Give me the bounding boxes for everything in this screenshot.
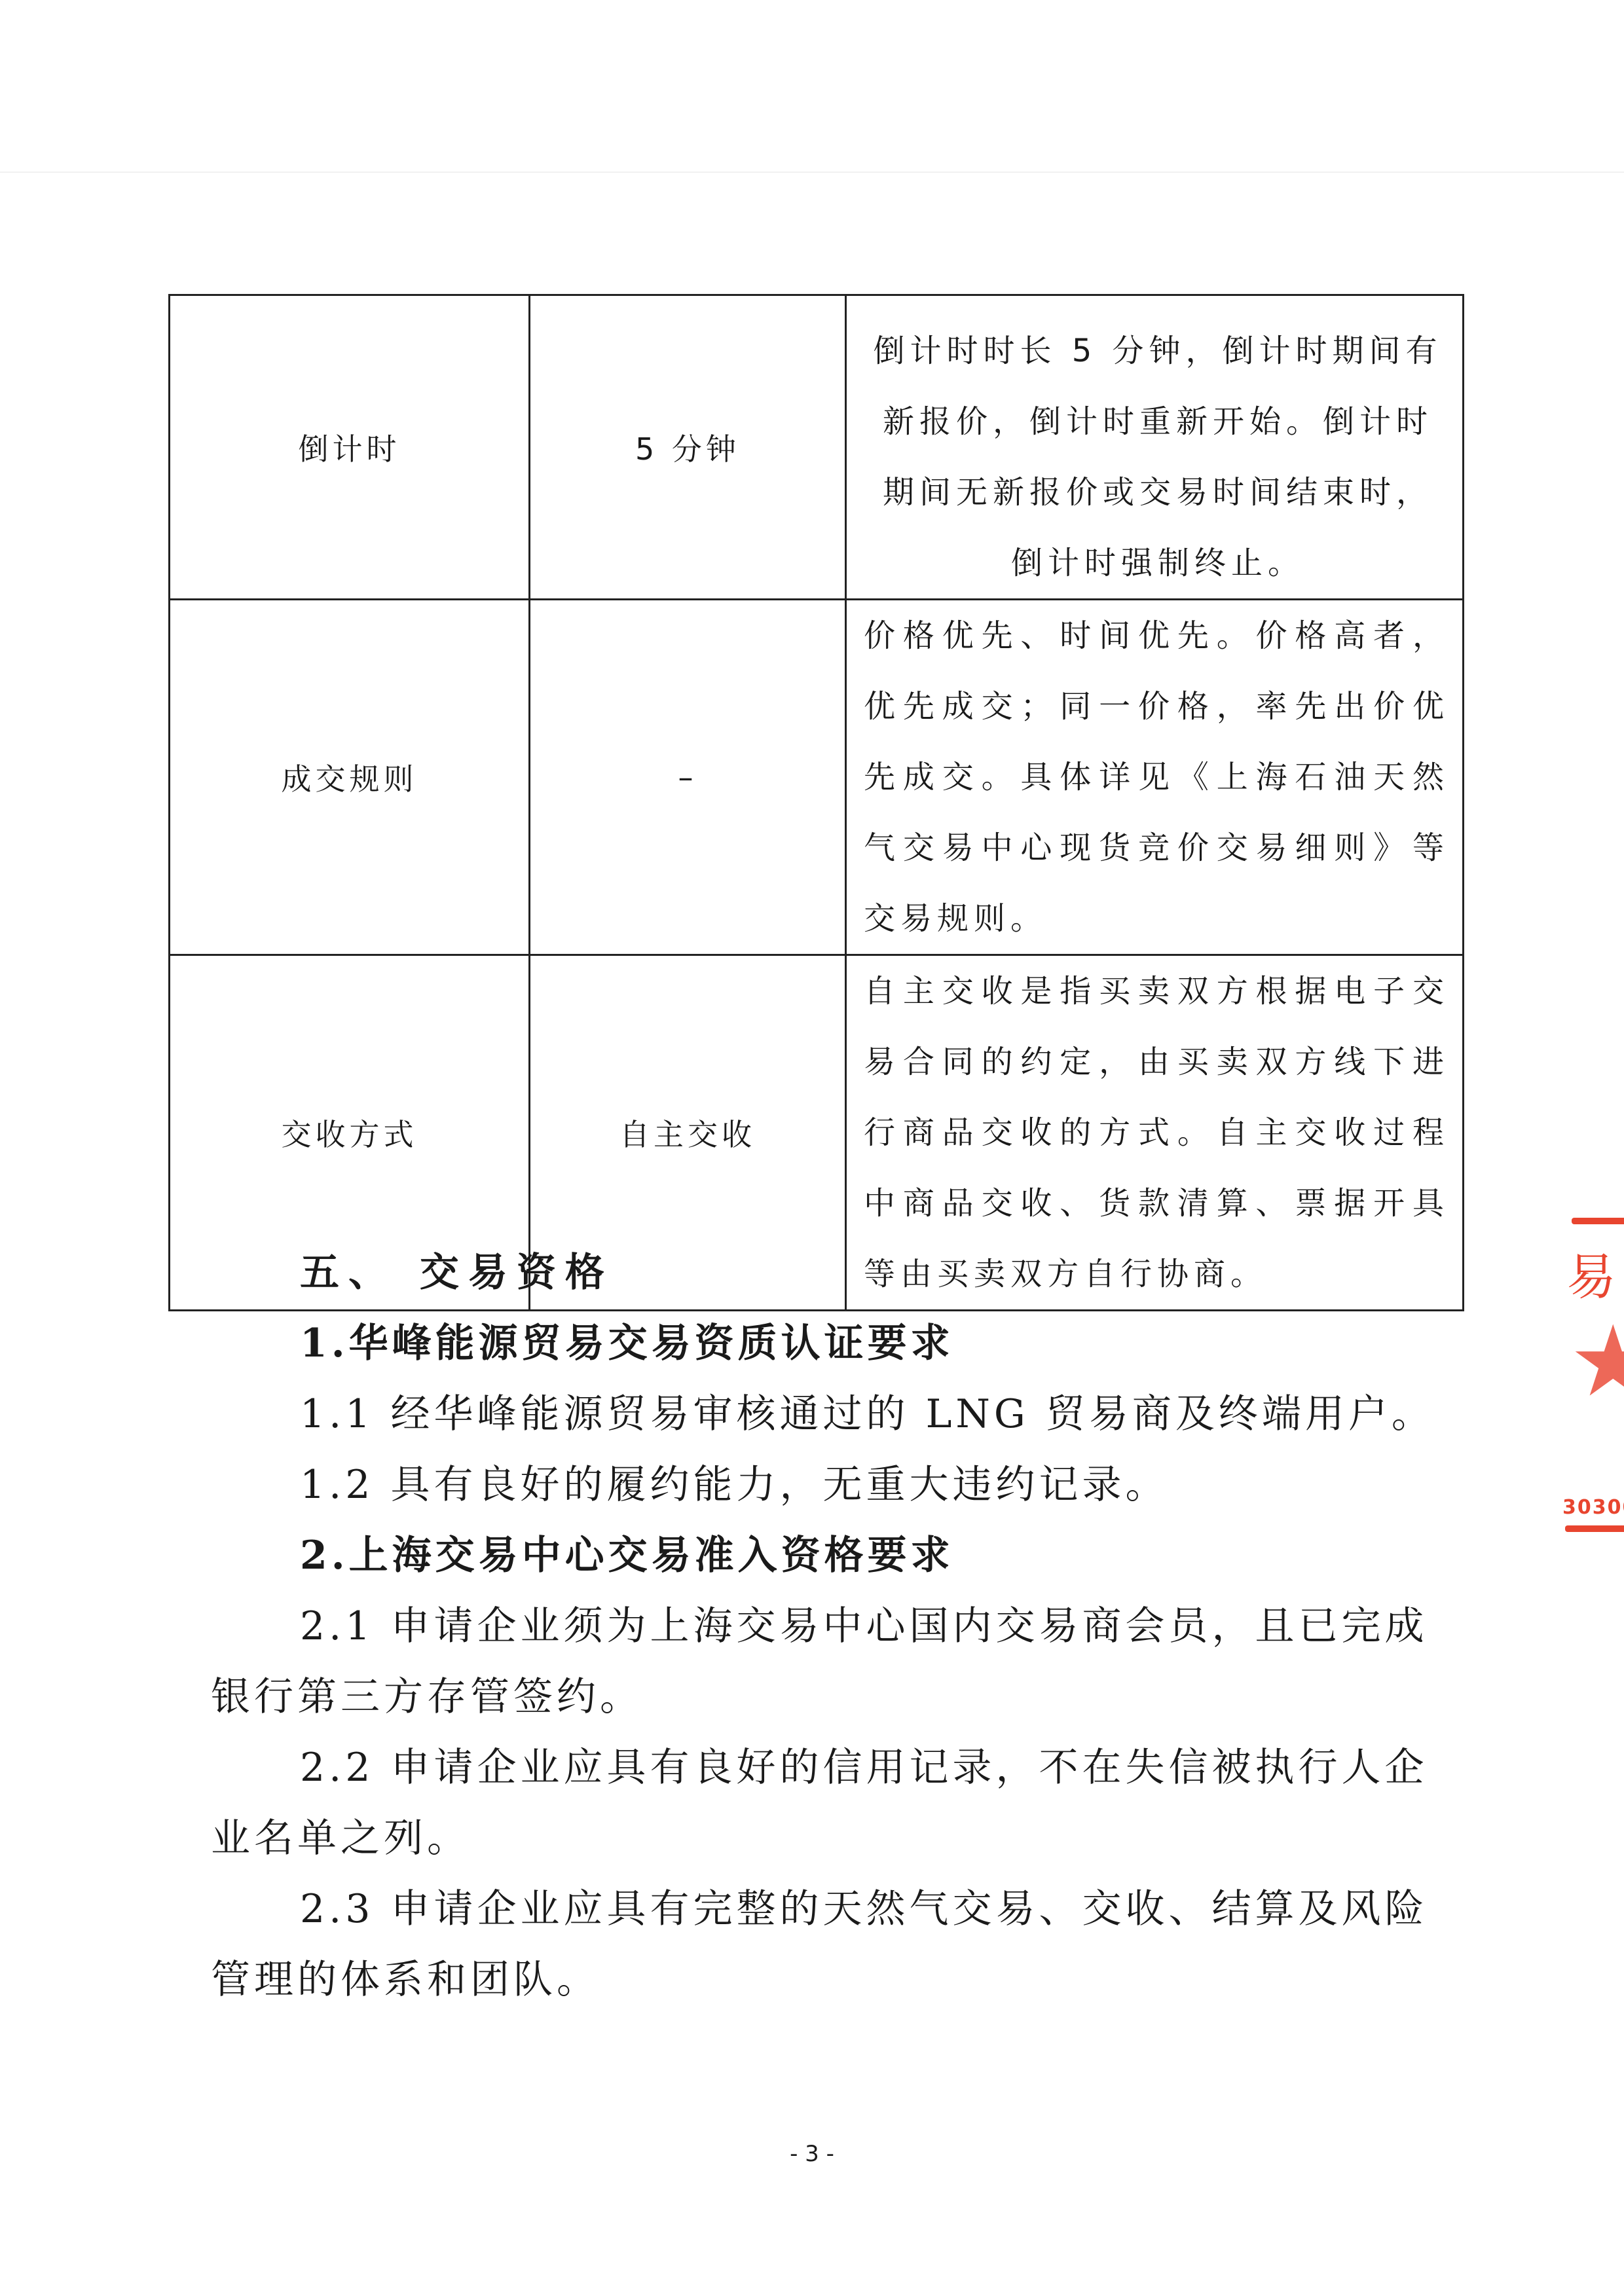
page-number: - 3 - bbox=[0, 2141, 1624, 2167]
seal-ring-top bbox=[1572, 1218, 1624, 1224]
section-trading-qualification: 五、 交易资格 1.华峰能源贸易交易资质认证要求 1.1 经华峰能源贸易审核通过… bbox=[211, 1237, 1449, 2015]
table-row: 成交规则 – 价格优先、时间优先。价格高者，优先成交；同一价格，率先出价优先成交… bbox=[170, 600, 1464, 955]
table-cell-description: 倒计时时长 5 分钟，倒计时期间有新报价，倒计时重新开始。倒计时期间无新报价或交… bbox=[846, 295, 1464, 600]
seal-ring-bottom bbox=[1565, 1525, 1624, 1532]
table-cell-item: 倒计时 bbox=[170, 295, 530, 600]
list-item: 1.2 具有良好的履约能力，无重大违约记录。 bbox=[211, 1449, 1449, 1520]
subsection-heading-2: 2.上海交易中心交易准入资格要求 bbox=[211, 1520, 1449, 1591]
list-item: 1.1 经华峰能源贸易审核通过的 LNG 贸易商及终端用户。 bbox=[211, 1379, 1449, 1449]
table-cell-value: – bbox=[530, 600, 846, 955]
trading-rules-table: 倒计时 5 分钟 倒计时时长 5 分钟，倒计时期间有新报价，倒计时重新开始。倒计… bbox=[168, 294, 1464, 1311]
seal-character: 易 bbox=[1566, 1237, 1616, 1309]
table-cell-description: 价格优先、时间优先。价格高者，优先成交；同一价格，率先出价优先成交。具体详见《上… bbox=[846, 600, 1464, 955]
section-heading: 五、 交易资格 bbox=[211, 1237, 1449, 1308]
subsection-heading-1: 1.华峰能源贸易交易资质认证要求 bbox=[211, 1308, 1449, 1379]
table-cell-value: 5 分钟 bbox=[530, 295, 846, 600]
seal-code: 30300 bbox=[1562, 1496, 1624, 1519]
list-item: 2.2 申请企业应具有良好的信用记录，不在失信被执行人企业名单之列。 bbox=[211, 1732, 1449, 1874]
seal-star-icon: ★ bbox=[1569, 1309, 1624, 1414]
list-item: 2.3 申请企业应具有完整的天然气交易、交收、结算及风险管理的体系和团队。 bbox=[211, 1874, 1449, 2015]
official-seal: 易 ★ 30300 bbox=[1565, 1218, 1624, 1558]
list-item: 2.1 申请企业须为上海交易中心国内交易商会员，且已完成银行第三方存管签约。 bbox=[211, 1591, 1449, 1732]
table-cell-item: 成交规则 bbox=[170, 600, 530, 955]
scan-artifact-line bbox=[0, 172, 1624, 173]
table-row: 倒计时 5 分钟 倒计时时长 5 分钟，倒计时期间有新报价，倒计时重新开始。倒计… bbox=[170, 295, 1464, 600]
